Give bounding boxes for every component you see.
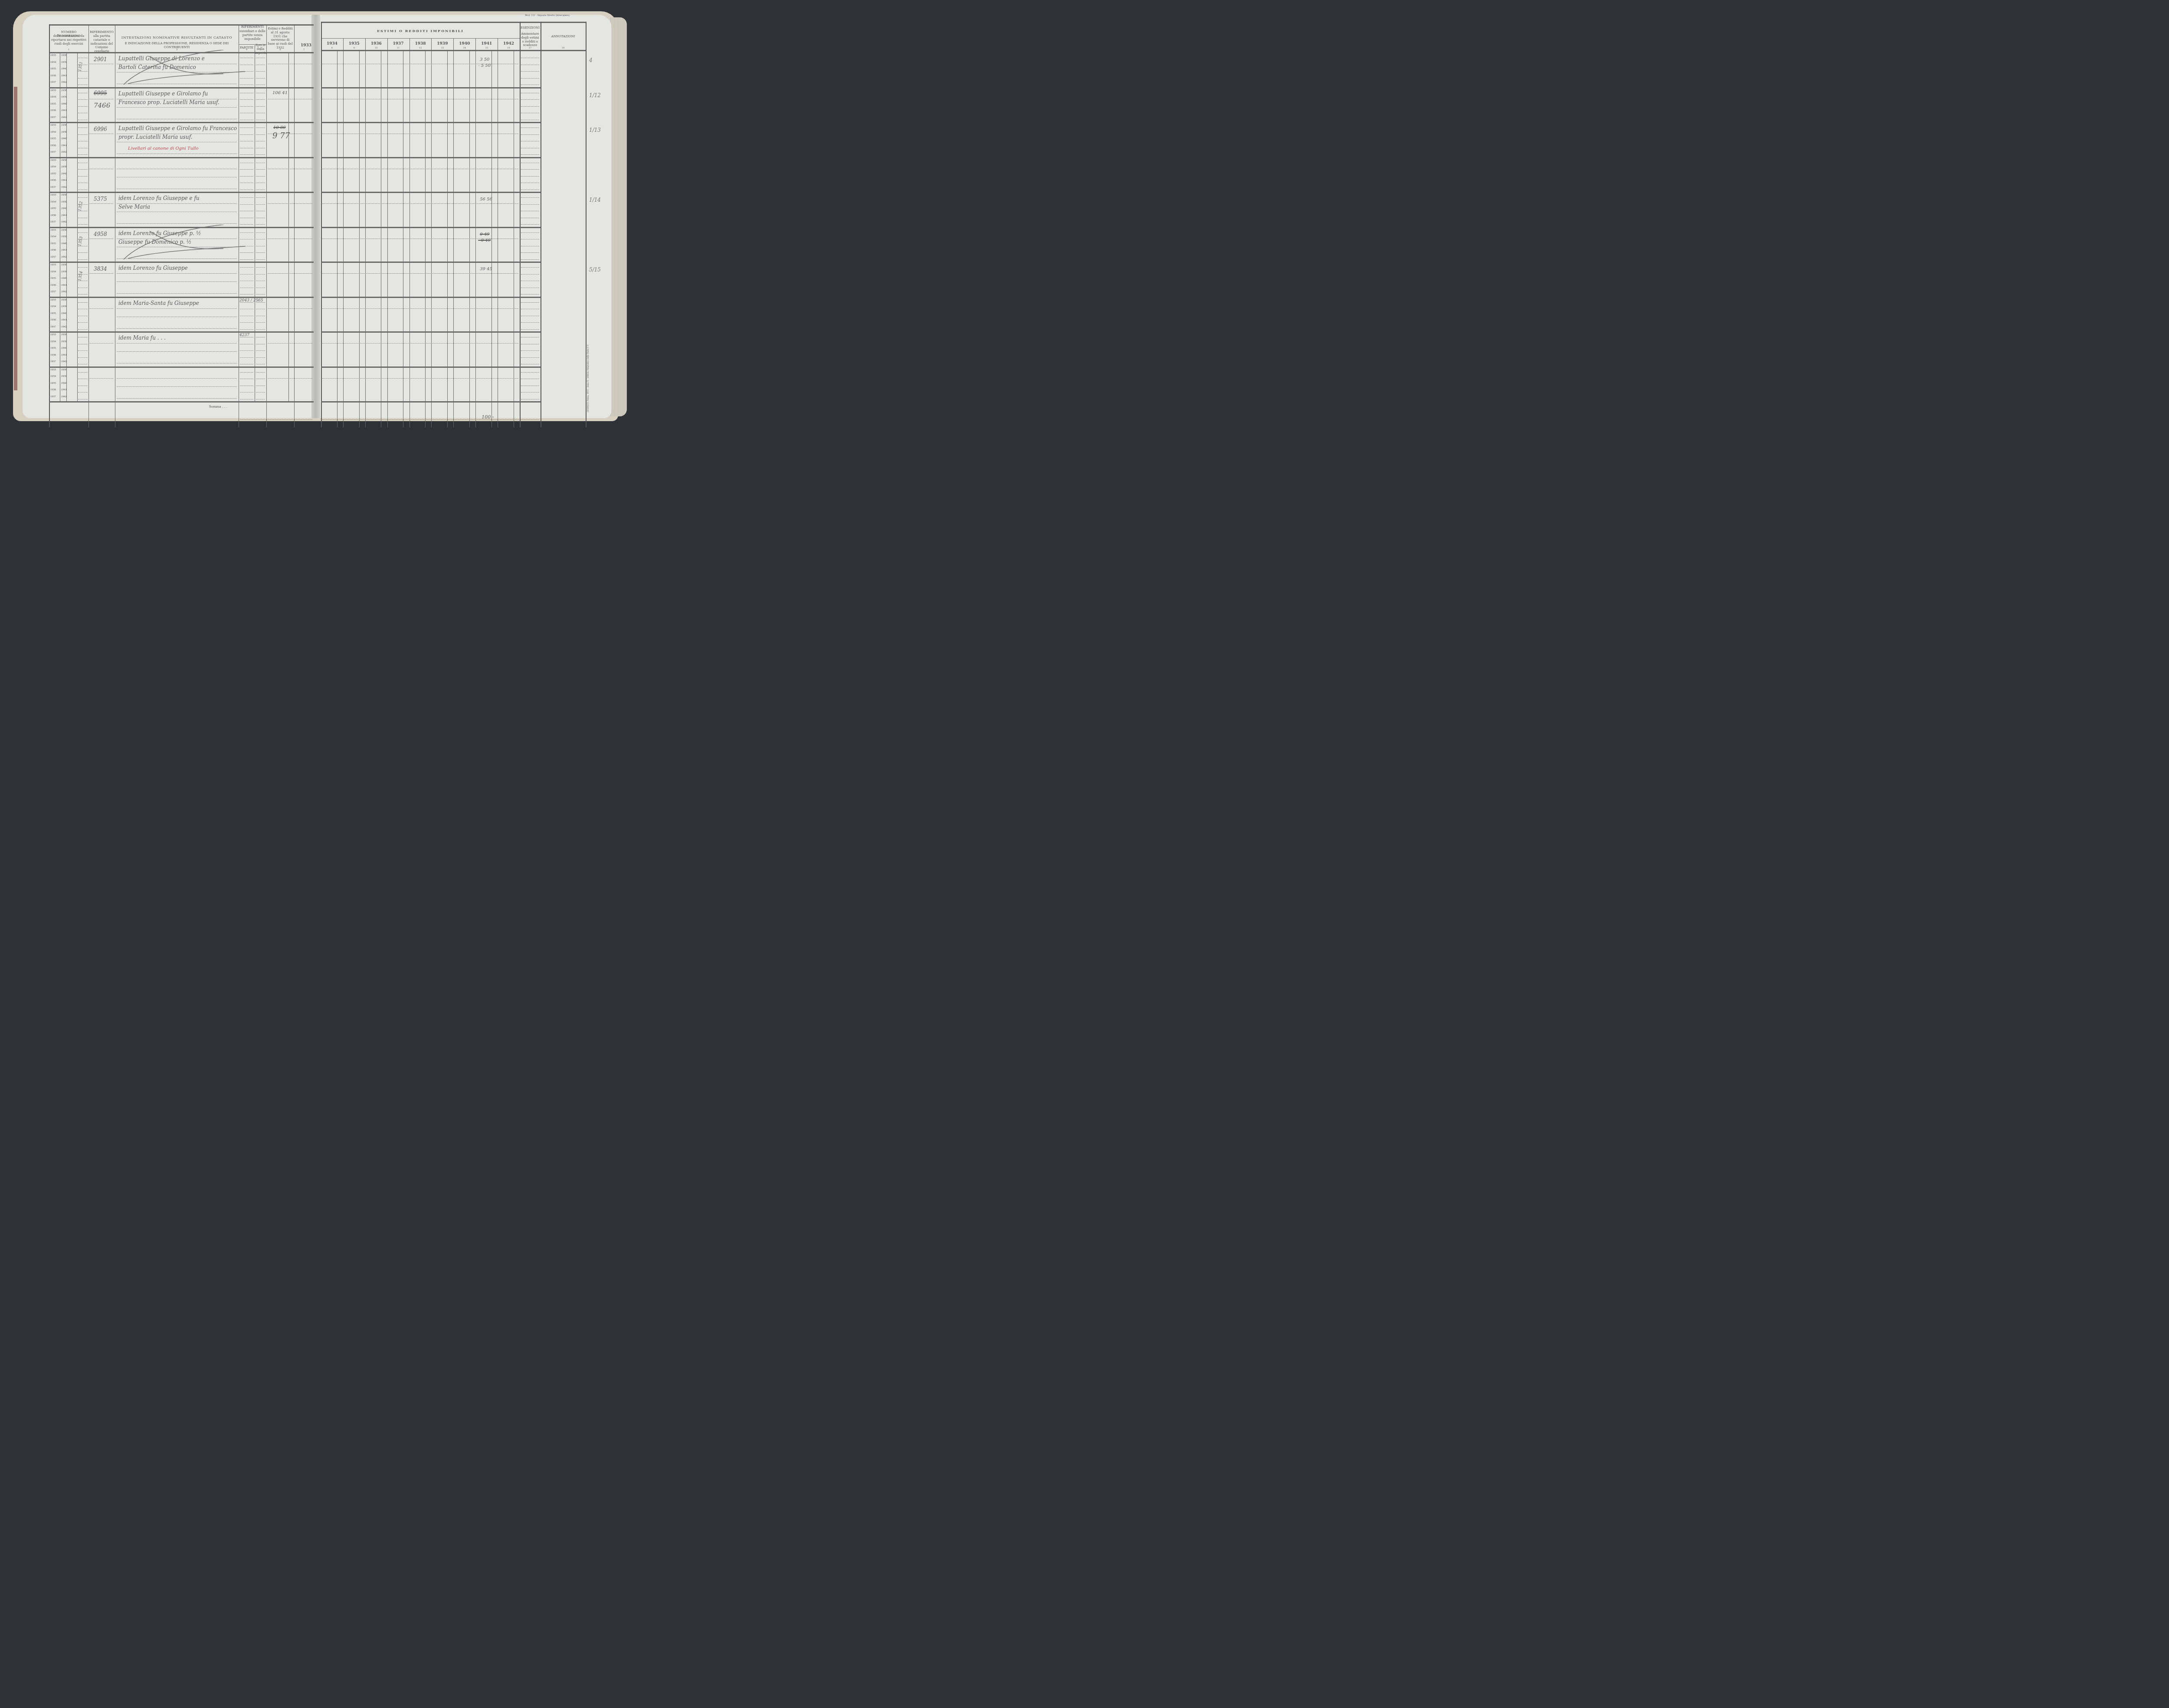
dotted-rule — [240, 176, 253, 177]
dotted-rule — [78, 134, 88, 135]
dotted-rule — [78, 344, 88, 344]
dotted-rule — [521, 176, 539, 177]
dotted-rule — [256, 350, 265, 351]
year-label-a: 1937 — [50, 81, 56, 84]
year-label-b: 1941 — [61, 179, 67, 182]
dotted-rule — [521, 329, 539, 330]
sum-dotted-rule — [240, 419, 312, 420]
year-label-a: 1936 — [50, 318, 56, 321]
year-label-b: 1939 — [61, 95, 67, 98]
dotted-rule — [240, 316, 253, 316]
dotted-rule — [256, 154, 265, 155]
year-label-b: 1938 — [61, 368, 67, 371]
year-label-b: 1939 — [61, 270, 67, 273]
income-row[interactable] — [321, 122, 586, 157]
dotted-rule — [256, 294, 265, 294]
dotted-rule — [268, 239, 312, 239]
dotted-rule — [521, 252, 539, 253]
dotted-rule — [256, 93, 265, 93]
dotted-rule — [117, 142, 237, 142]
dotted-rule — [240, 93, 253, 93]
dotted-rule — [521, 113, 539, 113]
dotted-rule — [268, 64, 312, 64]
dotted-rule — [78, 93, 88, 93]
dotted-rule — [117, 177, 237, 177]
dotted-rule — [521, 183, 539, 183]
year-label-a: 1936 — [50, 214, 56, 217]
dotted-rule — [240, 344, 253, 344]
dotted-rule — [256, 99, 265, 100]
ledger-entry[interactable] — [49, 157, 314, 192]
dotted-rule — [240, 350, 253, 351]
year-label-a: 1936 — [50, 353, 56, 357]
years-subheader-rule — [321, 38, 520, 39]
owner-name-line1: idem Maria-Santa fu Giuseppe — [118, 300, 199, 306]
year-label-a: 1934 — [50, 165, 56, 168]
year-label-b: 1941 — [61, 388, 67, 391]
year-label-a: 1934 — [50, 340, 56, 343]
year-header: 1937 — [387, 42, 410, 46]
table-top-rule — [321, 22, 586, 23]
year-label-a: 1933 — [50, 89, 56, 92]
year-label-b: 1942 — [61, 220, 67, 223]
column-number: 13 — [431, 47, 453, 49]
dotted-rule — [322, 203, 518, 204]
year-label-b: 1941 — [61, 249, 67, 252]
dotted-rule — [256, 246, 265, 246]
income-row[interactable] — [321, 157, 586, 192]
income-row[interactable] — [321, 87, 586, 122]
owner-name-line2: Francesco prop. Luciatelli Maria usuf. — [118, 99, 220, 105]
dotted-rule — [521, 65, 539, 65]
dotted-rule — [117, 363, 237, 363]
income-1941-value: 39 45 — [480, 267, 492, 272]
year-label-a: 1937 — [50, 290, 56, 293]
dotted-rule — [89, 308, 113, 309]
cancellation-stroke — [115, 225, 254, 262]
dotted-rule — [521, 211, 539, 211]
column-number: 15 — [475, 47, 498, 49]
dotted-rule — [240, 322, 253, 323]
dotted-rule — [240, 379, 253, 379]
dotted-rule — [256, 322, 265, 323]
dotted-rule — [268, 343, 312, 344]
year-label-a: 1936 — [50, 109, 56, 112]
year-label-a: 1936 — [50, 144, 56, 147]
dotted-rule — [240, 169, 253, 170]
column-number: 11 — [387, 47, 410, 49]
year-label-a: 1934 — [50, 375, 56, 378]
year-label-a: 1936 — [50, 284, 56, 287]
year-label-b: 1940 — [61, 242, 67, 245]
dotted-rule — [78, 218, 88, 218]
dotted-rule — [240, 386, 253, 386]
year-label-b: 1938 — [61, 298, 67, 301]
spine-binding — [14, 87, 17, 390]
dotted-rule — [256, 134, 265, 135]
dotted-rule — [117, 273, 237, 274]
dotted-rule — [256, 392, 265, 393]
income-row[interactable] — [321, 297, 586, 332]
dotted-rule — [240, 197, 253, 198]
dotted-rule — [240, 309, 253, 309]
dotted-rule — [89, 378, 113, 379]
dotted-rule — [256, 204, 265, 205]
dotted-rule — [322, 343, 518, 344]
dotted-rule — [521, 274, 539, 275]
dotted-rule — [240, 106, 253, 107]
dotted-rule — [521, 190, 539, 190]
year-label-b: 1941 — [61, 144, 67, 147]
dotted-rule — [521, 218, 539, 218]
year-label-a: 1935 — [50, 312, 56, 315]
dotted-rule — [521, 141, 539, 141]
dotted-rule — [89, 134, 113, 134]
header-col7-year: 1933 — [294, 43, 318, 48]
dotted-rule — [78, 78, 88, 79]
dotted-rule — [240, 274, 253, 275]
sum-label: Somma . . . — [209, 404, 227, 409]
year-header: 1942 — [498, 42, 520, 46]
dotted-rule — [521, 120, 539, 120]
year-label-a: 1936 — [50, 179, 56, 182]
dotted-rule — [78, 350, 88, 351]
year-label-b: 1938 — [61, 333, 67, 336]
year-label-a: 1933 — [50, 333, 56, 336]
year-label-b: 1940 — [61, 137, 67, 140]
year-label-a: 1935 — [50, 172, 56, 175]
dotted-rule — [256, 113, 265, 113]
dotted-rule — [78, 379, 88, 379]
dotted-rule — [521, 302, 539, 303]
dotted-rule — [521, 259, 539, 260]
column-number: 6 — [266, 49, 294, 51]
dotted-rule — [521, 344, 539, 344]
dotted-rule — [240, 190, 253, 190]
year-label-b: 1942 — [61, 325, 67, 328]
dotted-rule — [256, 252, 265, 253]
owner-name-line1: idem Lorenzo fu Giuseppe e fu — [118, 195, 200, 201]
estimo-value: 9 77 — [272, 131, 290, 141]
dotted-rule — [117, 343, 237, 344]
year-header: 1940 — [453, 42, 475, 46]
dotted-rule — [117, 328, 237, 329]
dotted-rule — [268, 203, 312, 204]
dotted-rule — [78, 232, 88, 233]
dotted-rule — [117, 107, 237, 108]
cancellation-stroke — [115, 50, 254, 87]
dotted-rule — [268, 273, 312, 274]
year-label-b: 1939 — [61, 131, 67, 134]
dotted-rule — [256, 183, 265, 183]
dotted-rule — [521, 281, 539, 281]
year-label-b: 1939 — [61, 340, 67, 343]
year-label-b: 1942 — [61, 290, 67, 293]
dotted-rule — [521, 169, 539, 170]
header-col45-sub: sussidiari e delle partite senza imponib… — [239, 29, 265, 41]
dotted-rule — [89, 273, 113, 274]
dotted-rule — [256, 309, 265, 309]
dotted-rule — [78, 197, 88, 198]
dotted-rule — [268, 378, 312, 379]
year-header: 1939 — [431, 42, 453, 46]
dotted-rule — [240, 357, 253, 358]
dotted-rule — [256, 357, 265, 358]
dotted-rule — [256, 120, 265, 120]
esenzioni-title: ESENZIONI — [520, 26, 541, 30]
entry-separator-rule — [49, 401, 314, 402]
header-col3-title: INTESTAZIONI NOMINATIVE RISULTANTI IN CA… — [115, 36, 239, 40]
dotted-rule — [240, 267, 253, 268]
year-label-a: 1937 — [50, 255, 56, 258]
year-label-b: 1940 — [61, 207, 67, 210]
dotted-rule — [521, 372, 539, 373]
dotted-rule — [78, 386, 88, 386]
dotted-rule — [521, 399, 539, 399]
sum-dotted-rule — [322, 419, 539, 420]
dotted-rule — [78, 357, 88, 358]
year-label-a: 1934 — [50, 131, 56, 134]
year-header: 1941 — [475, 42, 498, 46]
dotted-rule — [256, 267, 265, 268]
printer-note: (4108631) Roma, 1931 - Anno X - Istituto… — [587, 312, 590, 412]
year-label-b: 1938 — [61, 124, 67, 127]
owner-name-note-red: Livellari al canone di Ogni Tullo — [128, 146, 199, 151]
column-number: 14 — [453, 47, 475, 49]
reference-number: 2901 — [94, 56, 107, 62]
dotted-rule — [117, 281, 237, 282]
dotted-rule — [256, 288, 265, 288]
dotted-rule — [322, 169, 518, 169]
dotted-rule — [521, 93, 539, 93]
dotted-rule — [521, 85, 539, 85]
dotted-rule — [117, 169, 237, 169]
ledger-entry[interactable] — [49, 331, 314, 366]
dotted-rule — [256, 218, 265, 218]
income-row[interactable] — [321, 192, 586, 227]
dotted-rule — [521, 337, 539, 337]
dotted-rule — [78, 85, 88, 85]
dotted-rule — [78, 128, 88, 128]
income-row[interactable] — [321, 366, 586, 402]
ledger-entry[interactable] — [49, 366, 314, 402]
dotted-rule — [521, 106, 539, 107]
income-1941-value-2: - 5 50 — [478, 63, 491, 68]
dotted-rule — [78, 141, 88, 141]
dotted-rule — [240, 204, 253, 205]
income-row[interactable] — [321, 262, 586, 297]
dotted-rule — [78, 322, 88, 323]
income-1941-value: 3 50 — [480, 57, 489, 62]
dotted-rule — [78, 294, 88, 294]
year-label-a: 1937 — [50, 220, 56, 223]
year-label-a: 1934 — [50, 305, 56, 308]
dotted-rule — [256, 163, 265, 163]
owner-name-line2: Selve Maria — [118, 204, 150, 210]
column-number: 7 — [294, 49, 314, 51]
dotted-rule — [117, 119, 237, 119]
year-label-a: 1935 — [50, 277, 56, 280]
dotted-rule — [256, 148, 265, 148]
dotted-rule — [521, 294, 539, 294]
dotted-rule — [117, 189, 237, 189]
year-header: 1936 — [365, 42, 387, 46]
dotted-rule — [521, 386, 539, 386]
year-label-b: 1938 — [61, 229, 67, 232]
dotted-rule — [521, 154, 539, 155]
dotted-rule — [521, 224, 539, 225]
dotted-rule — [89, 99, 113, 99]
year-label-b: 1941 — [61, 214, 67, 217]
dotted-rule — [240, 294, 253, 294]
year-label-a: 1933 — [50, 263, 56, 266]
dotted-rule — [521, 148, 539, 148]
dotted-rule — [256, 344, 265, 344]
year-label-a: 1933 — [50, 193, 56, 196]
dotted-rule — [256, 85, 265, 85]
year-label-b: 1939 — [61, 61, 67, 64]
year-label-a: 1936 — [50, 74, 56, 77]
dotted-rule — [521, 322, 539, 323]
dotted-rule — [78, 148, 88, 148]
dotted-rule — [322, 378, 518, 379]
dotted-rule — [89, 239, 113, 239]
column-number: 8 — [321, 47, 343, 49]
margin-annotation: 1/14 — [589, 197, 601, 203]
dotted-rule — [117, 293, 237, 294]
dotted-rule — [78, 309, 88, 309]
dotted-rule — [240, 183, 253, 183]
dotted-rule — [521, 197, 539, 198]
dotted-rule — [78, 364, 88, 364]
annotazioni-title: ANNOTAZIONI — [541, 35, 586, 39]
dotted-rule — [256, 386, 265, 386]
dotted-rule — [117, 398, 237, 399]
reference-number: 3834 — [94, 266, 107, 272]
dotted-rule — [256, 259, 265, 260]
dotted-rule — [256, 329, 265, 330]
income-row[interactable] — [321, 331, 586, 366]
year-label-a: 1935 — [50, 137, 56, 140]
column-number: 10 — [365, 47, 387, 49]
year-label-a: 1937 — [50, 151, 56, 154]
column-number: 16 — [498, 47, 520, 49]
dotted-rule — [322, 308, 518, 309]
dotted-rule — [256, 232, 265, 233]
dotted-rule — [521, 78, 539, 79]
dotted-rule — [78, 316, 88, 316]
dotted-rule — [78, 302, 88, 303]
dotted-rule — [322, 99, 518, 99]
dotted-rule — [521, 204, 539, 205]
dotted-rule — [256, 211, 265, 211]
year-label-a: 1936 — [50, 388, 56, 391]
dotted-rule — [78, 113, 88, 113]
dotted-rule — [521, 58, 539, 58]
income-1941-value: 56 56 — [480, 197, 492, 202]
income-row[interactable] — [321, 227, 586, 262]
year-label-b: 1942 — [61, 255, 67, 258]
dotted-rule — [240, 218, 253, 218]
dotted-rule — [256, 337, 265, 337]
year-label-a: 1937 — [50, 116, 56, 119]
year-label-b: 1940 — [61, 102, 67, 105]
year-label-a: 1935 — [50, 347, 56, 350]
year-label-b: 1940 — [61, 347, 67, 350]
year-label-b: 1940 — [61, 67, 67, 70]
dotted-rule — [521, 128, 539, 128]
partite-value: 4237 — [239, 333, 255, 337]
dotted-rule — [240, 141, 253, 141]
reference-number: 7466 — [94, 101, 110, 109]
dotted-rule — [240, 364, 253, 364]
income-row[interactable] — [321, 52, 586, 87]
dotted-rule — [78, 190, 88, 190]
dotted-rule — [240, 113, 253, 113]
page-stack-edge — [609, 17, 627, 416]
section-title: ESTIMI O REDDITI IMPONIBILI — [321, 29, 520, 33]
dotted-rule — [117, 317, 237, 317]
estimo-value-struck: 10 80 — [273, 125, 286, 130]
dotted-rule — [521, 379, 539, 379]
year-header: 1938 — [410, 42, 432, 46]
year-label-a: 1935 — [50, 67, 56, 70]
dotted-rule — [256, 141, 265, 141]
dotted-rule — [78, 169, 88, 170]
year-label-a: 1935 — [50, 207, 56, 210]
dotted-rule — [117, 378, 237, 379]
dotted-rule — [240, 154, 253, 155]
year-label-a: 1933 — [50, 298, 56, 301]
dotted-rule — [256, 372, 265, 373]
margin-annotation: 4 — [589, 57, 593, 63]
reference-number: 6996 — [94, 126, 107, 132]
dotted-rule — [268, 99, 312, 99]
dotted-rule — [521, 267, 539, 268]
year-label-a: 1933 — [50, 229, 56, 232]
dotted-rule — [256, 58, 265, 58]
dotted-rule — [78, 154, 88, 155]
column-number: 12 — [410, 47, 432, 49]
year-label-b: 1938 — [61, 89, 67, 92]
dotted-rule — [521, 309, 539, 309]
dotted-rule — [240, 329, 253, 330]
dotted-rule — [521, 316, 539, 316]
dotted-rule — [256, 78, 265, 79]
dotted-rule — [117, 154, 237, 154]
year-label-b: 1940 — [61, 277, 67, 280]
header-col1-sub: delle intestazioni da riportarsi nei ris… — [51, 34, 87, 46]
dotted-rule — [240, 148, 253, 148]
column-number: 9 — [343, 47, 365, 49]
year-label-b: 1938 — [61, 263, 67, 266]
dotted-rule — [78, 183, 88, 183]
dotted-rule — [117, 351, 237, 352]
dotted-rule — [256, 399, 265, 399]
dotted-rule — [256, 176, 265, 177]
entry-separator-rule — [321, 401, 541, 402]
dotted-rule — [240, 211, 253, 211]
dotted-rule — [89, 169, 113, 169]
year-label-b: 1940 — [61, 382, 67, 385]
dotted-rule — [521, 99, 539, 100]
dotted-rule — [78, 259, 88, 260]
year-label-b: 1942 — [61, 186, 67, 189]
dotted-rule — [256, 197, 265, 198]
dotted-rule — [89, 203, 113, 204]
dotted-rule — [78, 224, 88, 225]
dotted-rule — [240, 372, 253, 373]
